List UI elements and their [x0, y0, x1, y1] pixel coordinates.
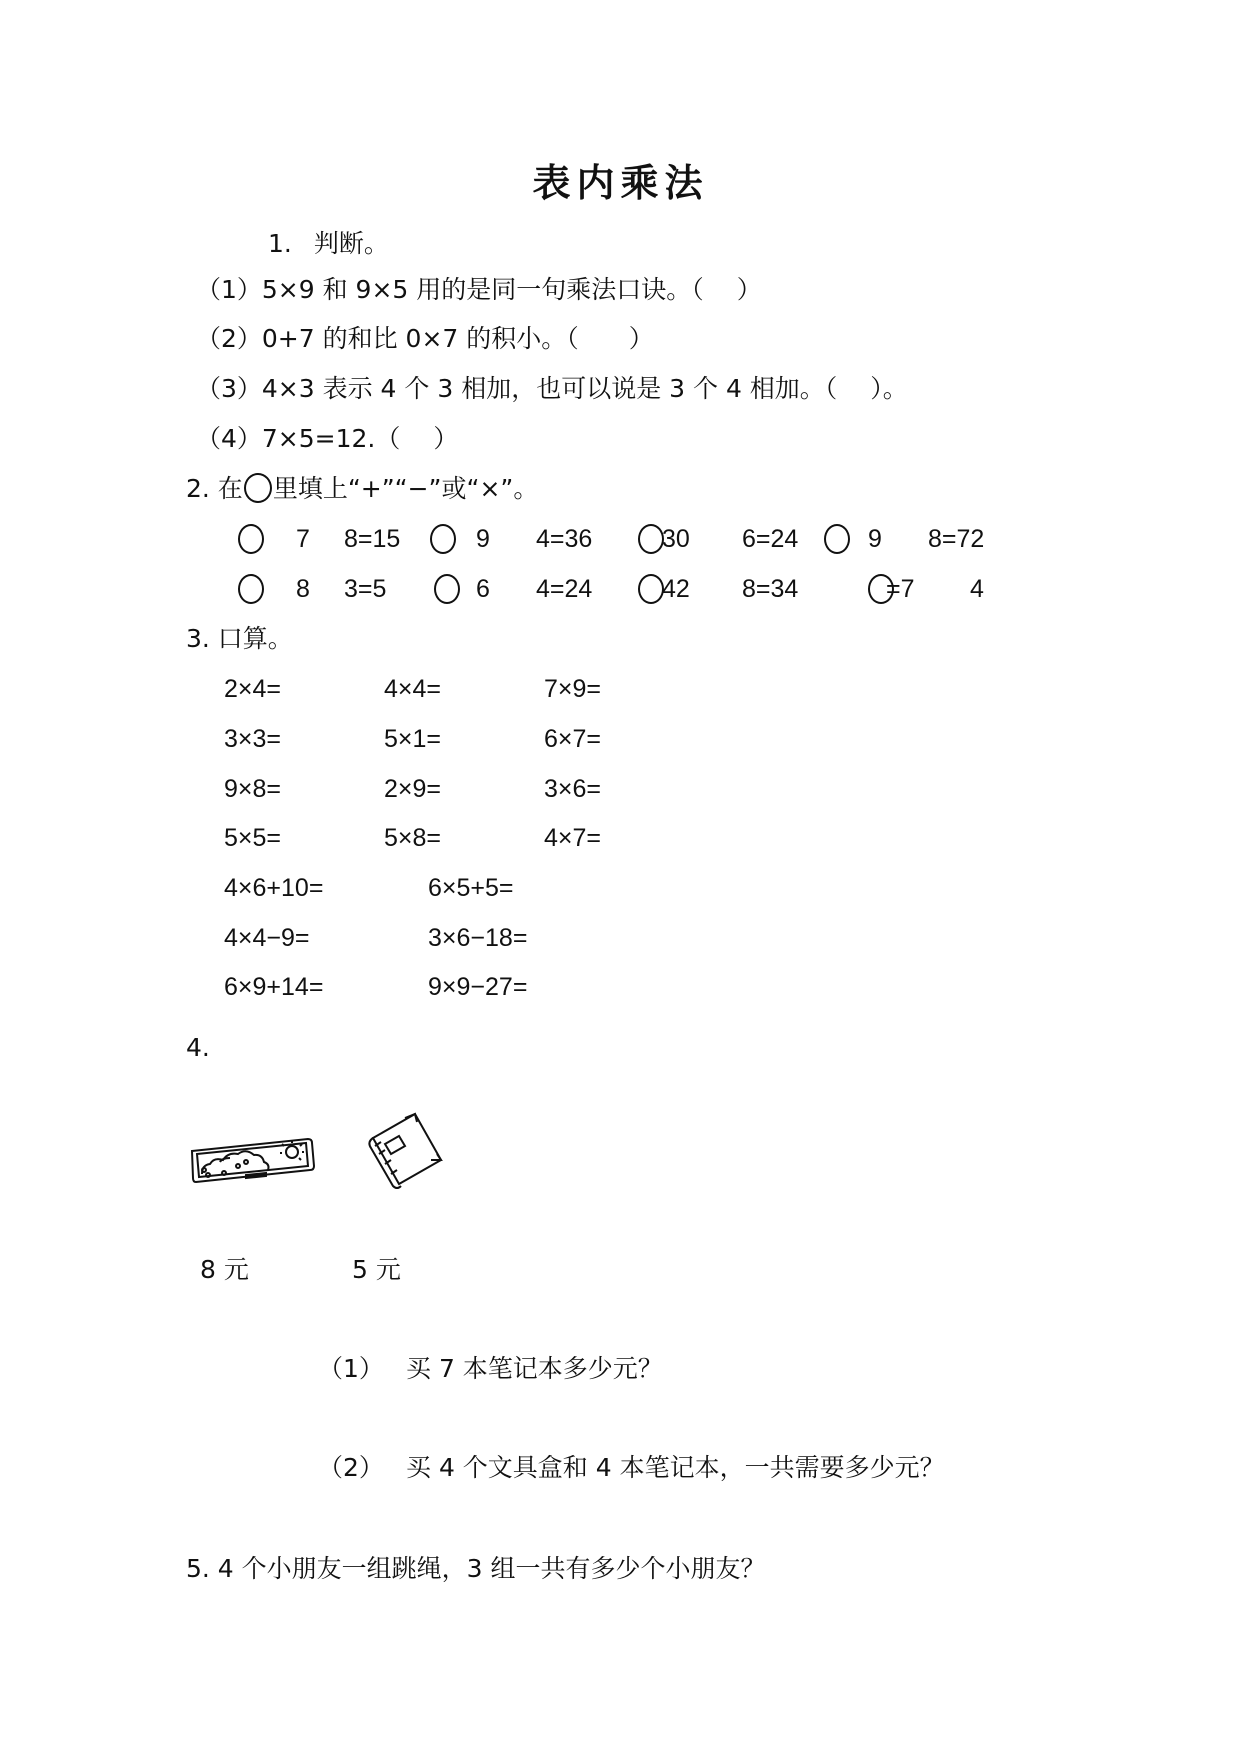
answer-circle[interactable]: [638, 524, 664, 554]
q1-heading-text: 判断。: [314, 229, 389, 258]
q1-item-text: 0+7 的和比 0×7 的积小。（ ）: [262, 324, 654, 353]
q1-item-text: 5×9 和 9×5 用的是同一句乘法口诀。（ ）: [262, 275, 762, 304]
calc-item: 4×6+10=: [224, 870, 323, 906]
q4-question: （1）买 7 本笔记本多少元？: [318, 1351, 663, 1387]
q4-question-text: 买 7 本笔记本多少元？: [406, 1354, 663, 1383]
answer-circle[interactable]: [434, 574, 460, 604]
q4-question-label: （2）: [318, 1450, 406, 1486]
answer-circle[interactable]: [638, 574, 664, 604]
page-title: 表内乘法: [0, 158, 1241, 208]
q1-item: （3）4×3 表示 4 个 3 相加，也可以说是 3 个 4 相加。（ ）。: [196, 371, 908, 407]
q1-item-text: 7×5=12.（ ）: [262, 424, 458, 453]
calc-item: 9×9−27=: [428, 969, 527, 1005]
q1-heading: 1.判断。: [268, 226, 389, 262]
operand: 8: [296, 571, 310, 607]
calc-item: 6×9+14=: [224, 969, 323, 1005]
q4-question: （2）买 4 个文具盒和 4 本笔记本，一共需要多少元？: [318, 1450, 945, 1486]
q2-suffix: 里填上“+”“−”或“×”。: [273, 474, 539, 503]
answer-circle[interactable]: [430, 524, 456, 554]
q1-item-label: （1）: [196, 275, 262, 304]
operand: =7: [886, 571, 915, 607]
q1-item: （1）5×9 和 9×5 用的是同一句乘法口诀。（ ）: [196, 272, 762, 308]
circle-icon: [244, 473, 272, 503]
calc-item: 9×8=: [224, 771, 281, 807]
pencil-case-price: 8 元: [200, 1252, 249, 1288]
calc-item: 3×3=: [224, 721, 281, 757]
q1-item-label: （4）: [196, 424, 262, 453]
operand: 8=72: [928, 521, 984, 557]
notebook-price: 5 元: [352, 1252, 401, 1288]
answer-circle[interactable]: [238, 524, 264, 554]
q2-prefix: 2. 在: [186, 474, 243, 503]
operand: 9: [868, 521, 882, 557]
calc-item: 5×5=: [224, 820, 281, 856]
q1-item-label: （2）: [196, 324, 262, 353]
calc-item: 3×6=: [544, 771, 601, 807]
q3-heading: 3. 口算。: [186, 621, 293, 657]
calc-item: 6×7=: [544, 721, 601, 757]
calc-item: 6×5+5=: [428, 870, 514, 906]
pencil-case-icon: [190, 1130, 320, 1190]
calc-item: 4×4=: [384, 671, 441, 707]
operand: 6=24: [742, 521, 798, 557]
q1-item: （2）0+7 的和比 0×7 的积小。（ ）: [196, 321, 654, 357]
operand: 30: [662, 521, 690, 557]
q4-heading: 4.: [186, 1030, 210, 1066]
calc-item: 4×7=: [544, 820, 601, 856]
operand: 6: [476, 571, 490, 607]
q4-question-text: 买 4 个文具盒和 4 本笔记本，一共需要多少元？: [406, 1453, 945, 1482]
operand: 8=15: [344, 521, 400, 557]
calc-item: 3×6−18=: [428, 920, 527, 956]
operand: 3=5: [344, 571, 386, 607]
notebook-icon: [365, 1110, 450, 1190]
q5-question: 5. 4 个小朋友一组跳绳，3 组一共有多少个小朋友？: [186, 1551, 766, 1587]
q2-heading: 2. 在里填上“+”“−”或“×”。: [186, 471, 538, 507]
calc-item: 4×4−9=: [224, 920, 310, 956]
q4-question-label: （1）: [318, 1351, 406, 1387]
q1-number: 1.: [268, 229, 292, 258]
answer-circle[interactable]: [238, 574, 264, 604]
operand: 8=34: [742, 571, 798, 607]
operand: 9: [476, 521, 490, 557]
calc-item: 2×9=: [384, 771, 441, 807]
calc-item: 7×9=: [544, 671, 601, 707]
calc-item: 5×1=: [384, 721, 441, 757]
q1-item-text: 4×3 表示 4 个 3 相加，也可以说是 3 个 4 相加。（ ）。: [262, 374, 908, 403]
operand: 7: [296, 521, 310, 557]
operand: 4: [970, 571, 984, 607]
answer-circle[interactable]: [824, 524, 850, 554]
operand: 4=24: [536, 571, 592, 607]
q1-item-label: （3）: [196, 374, 262, 403]
operand: 42: [662, 571, 690, 607]
q1-item: （4）7×5=12.（ ）: [196, 421, 458, 457]
operand: 4=36: [536, 521, 592, 557]
calc-item: 2×4=: [224, 671, 281, 707]
calc-item: 5×8=: [384, 820, 441, 856]
